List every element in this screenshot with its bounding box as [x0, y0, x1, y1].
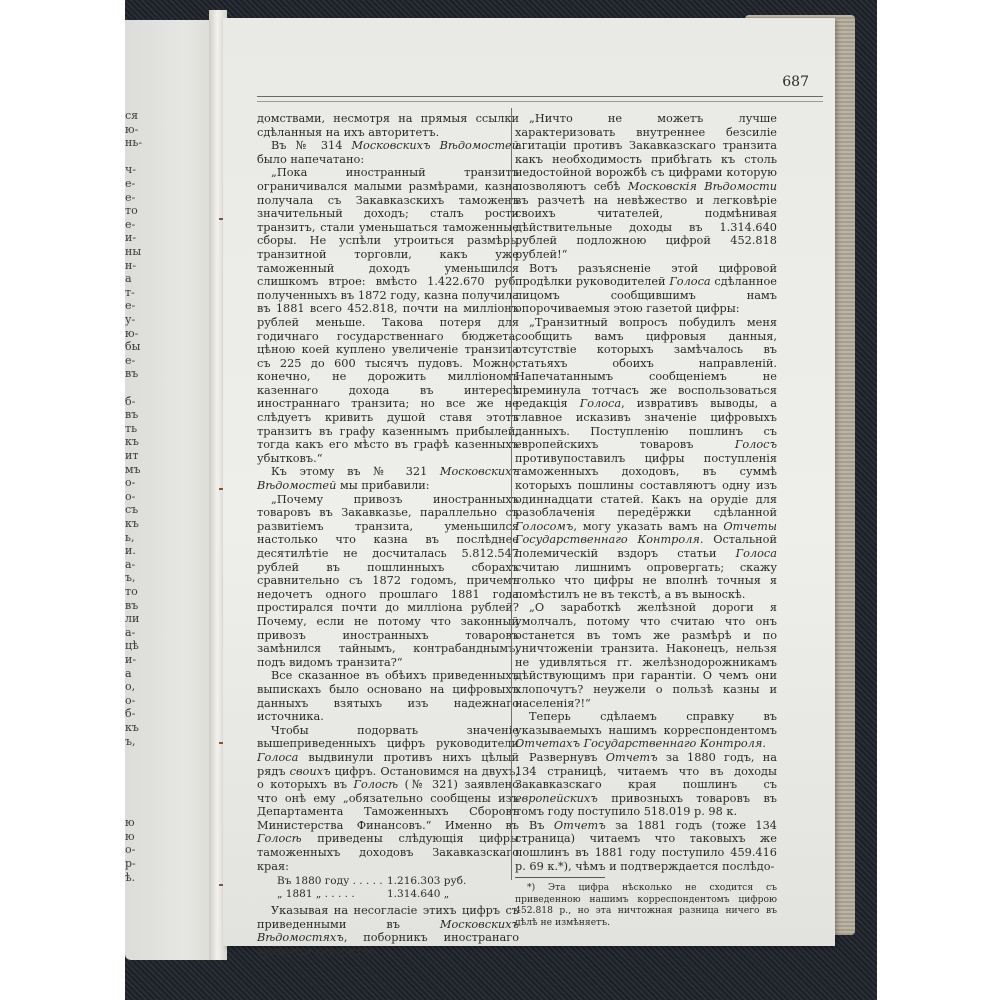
facing-page-text-fragment: къ — [125, 436, 145, 448]
text-run: противупоставилъ цифры поступленія тамож… — [515, 452, 777, 519]
paragraph: „Транзитный вопросъ побудилъ меня сообщи… — [515, 316, 777, 601]
facing-page-text-fragment: ю — [125, 831, 145, 843]
text-run: „О заработкѣ желѣзной дороги я умолчалъ,… — [515, 601, 777, 709]
facing-page-text-fragment: а- — [125, 627, 145, 639]
text-run: считаю лишнимъ опровергать; скажу только… — [515, 561, 777, 601]
facing-page-text-fragment: въ — [125, 409, 145, 421]
facing-page-text-fragment: то — [125, 205, 145, 217]
figure-value: 1.314.640 „ — [387, 888, 449, 901]
facing-page-text-fragment: н- — [125, 260, 145, 272]
italic-title: Голосомъ — [515, 520, 573, 533]
paragraph: „О заработкѣ желѣзной дороги я умолчалъ,… — [515, 601, 777, 710]
left-text-column: домствами, несмотря на прямыя ссылки сдѣ… — [257, 112, 519, 959]
text-run: Теперь сдѣлаемъ справку въ указываемыхъ … — [515, 710, 777, 737]
facing-page-text-fragment: б- — [125, 708, 145, 720]
italic-title: Голосѣ — [354, 778, 399, 791]
text-run: мы прибавили: — [336, 479, 429, 492]
facing-page-text-fragment: цѣ — [125, 640, 145, 652]
text-run: . — [762, 737, 766, 750]
facing-page-text-fragment: къ — [125, 722, 145, 734]
italic-title: Отчетахъ Государственнаго Контроля — [515, 737, 762, 750]
text-run: Все сказанное въ обѣихъ приведенныхъ вып… — [257, 669, 519, 723]
facing-page-text-fragment: и- — [125, 654, 145, 666]
italic-title: своихъ — [290, 765, 331, 778]
text-run: Въ — [529, 819, 554, 832]
italic-title: Отчетъ — [606, 751, 658, 764]
facing-page-text-fragment: о- — [125, 844, 145, 856]
paragraph: Теперь сдѣлаемъ справку въ указываемыхъ … — [515, 710, 777, 751]
facing-page-text-fragment: о- — [125, 695, 145, 707]
facing-page-text-fragment: и. — [125, 545, 145, 557]
facing-page-text-fragment: къ — [125, 518, 145, 530]
text-run: было напечатано: — [257, 153, 364, 166]
facing-page-text-fragment: нь- — [125, 137, 145, 149]
facing-page-text-fragment: о- — [125, 491, 145, 503]
facing-page-text-fragment: а — [125, 668, 145, 680]
paragraph: Вотъ разъясненіе этой цифровой продѣлки … — [515, 262, 777, 316]
text-run: „Почему привозъ иностранныхъ товаровъ въ… — [257, 493, 519, 669]
footnote: *) Эта цифра нѣсколько не сходится съ пр… — [515, 882, 777, 928]
book-photo: сяю-нь-ч-е-е-тое-и-нын-ат-е-у-ю-бые-въб-… — [125, 0, 877, 1000]
page-number: 687 — [782, 74, 809, 90]
facing-page-text-fragment: ъ, — [125, 572, 145, 584]
facing-page-text-fragment: бы — [125, 341, 145, 353]
italic-title: Голоса — [257, 751, 298, 764]
text-run: , могу указать вамъ на — [573, 520, 723, 533]
italic-title: европейскихъ — [515, 792, 598, 805]
figure-value: 1.216.303 руб. — [387, 875, 466, 888]
facing-page-text-fragment: е- — [125, 300, 145, 312]
italic-title: Голосъ — [735, 438, 777, 451]
paragraph: домствами, несмотря на прямыя ссылки сдѣ… — [257, 112, 519, 139]
paragraph: Все сказанное въ обѣихъ приведенныхъ вып… — [257, 669, 519, 723]
facing-page-text-fragment: е- — [125, 192, 145, 204]
facing-page-text-fragment: у- — [125, 314, 145, 326]
facing-page-text-fragment: ь, — [125, 532, 145, 544]
text-run: Къ этому въ № 321 — [271, 465, 440, 478]
footnote-rule — [515, 877, 605, 878]
facing-page-text-fragment: а- — [125, 559, 145, 571]
text-run: въ разчетѣ на невѣжество и легковѣріе св… — [515, 194, 777, 261]
facing-page-text-fragment: е- — [125, 355, 145, 367]
facing-page-text-fragment: ли — [125, 613, 145, 625]
paragraph: Чтобы подорвать значеніе вышеприведенных… — [257, 724, 519, 874]
facing-page-text-fragment: е- — [125, 178, 145, 190]
facing-page-text-fragment: въ — [125, 600, 145, 612]
facing-page-text-fragment: съ — [125, 504, 145, 516]
page-687: 687 домствами, несмотря на прямыя ссылки… — [223, 18, 835, 946]
italic-title: Голоса — [736, 547, 777, 560]
facing-page-text-fragment: а — [125, 273, 145, 285]
facing-page-text-fragment: о, — [125, 681, 145, 693]
paragraph: „Пока иностранный транзитъ ограничивался… — [257, 166, 519, 465]
facing-page-text-fragment: мъ — [125, 464, 145, 476]
text-run: „Пока иностранный транзитъ ограничивался… — [257, 166, 519, 464]
customs-revenue-figures: Въ 1880 году . . . . .1.216.303 руб.„ 18… — [277, 875, 519, 901]
figure-row: „ 1881 „ . . . . .1.314.640 „ — [277, 888, 519, 901]
figure-label: „ 1881 „ . . . . . — [277, 888, 387, 901]
facing-page-text-fragment: ю- — [125, 124, 145, 136]
right-text-column: „Ничто не можетъ лучше характеризовать в… — [515, 112, 777, 928]
facing-page-text-fragment: о- — [125, 477, 145, 489]
text-run: Чтобы подорвать значеніе вышеприведенных… — [257, 724, 519, 751]
facing-page-text-fragment: б- — [125, 396, 145, 408]
facing-page-text-fragment: въ — [125, 368, 145, 380]
column-divider — [511, 108, 512, 880]
paragraph: Развернувъ Отчетъ за 1880 годъ, на 134 с… — [515, 751, 777, 819]
paragraph: Въ № 314 Московскихъ Вѣдомостей было нап… — [257, 139, 519, 166]
facing-page-text-fragment: ю- — [125, 328, 145, 340]
facing-page-text-fragment: р- — [125, 858, 145, 870]
figure-label: Въ 1880 году . . . . . — [277, 875, 387, 888]
italic-title: Московскія Вѣдомости — [628, 180, 777, 193]
italic-title: Отчетъ — [554, 819, 606, 832]
facing-page-text-fragment: ч- — [125, 164, 145, 176]
facing-page-text-fragment: ся — [125, 110, 145, 122]
text-run: „Транзитный вопросъ побудилъ меня сообщи… — [515, 316, 777, 411]
facing-page-text-fragment: е- — [125, 219, 145, 231]
facing-page-text-fragment: и- — [125, 232, 145, 244]
paragraph: Въ Отчетъ за 1881 годъ (тоже 134 страниц… — [515, 819, 777, 873]
text-run: Развернувъ — [529, 751, 606, 764]
paragraph: „Почему привозъ иностранныхъ товаровъ въ… — [257, 493, 519, 670]
paragraph: Къ этому въ № 321 Московскихъ Вѣдомостей… — [257, 465, 519, 492]
facing-page-text-fragment: то — [125, 586, 145, 598]
paragraph: „Ничто не можетъ лучше характеризовать в… — [515, 112, 777, 262]
italic-title: Голоса — [669, 275, 710, 288]
facing-page-text-fragment: ть — [125, 423, 145, 435]
paragraph: Указывая на несогласіе этихъ цифръ съ пр… — [257, 904, 519, 958]
facing-page-text-fragment: ит — [125, 450, 145, 462]
header-ornamental-rule — [257, 96, 823, 102]
italic-title: Голосѣ — [257, 832, 302, 845]
text-run: домствами, несмотря на прямыя ссылки сдѣ… — [257, 112, 519, 139]
facing-page-text-fragment: т- — [125, 287, 145, 299]
facing-page-text-fragment: ю — [125, 817, 145, 829]
text-run: Въ № 314 — [271, 139, 351, 152]
facing-page-text-fragment: ъ, — [125, 736, 145, 748]
facing-page-text-fragment: ны — [125, 246, 145, 258]
figure-row: Въ 1880 году . . . . .1.216.303 руб. — [277, 875, 519, 888]
facing-page-text-fragment: ѣ. — [125, 872, 145, 884]
italic-title: Московскихъ Вѣдомостей — [351, 139, 519, 152]
italic-title: Голоса — [580, 397, 621, 410]
